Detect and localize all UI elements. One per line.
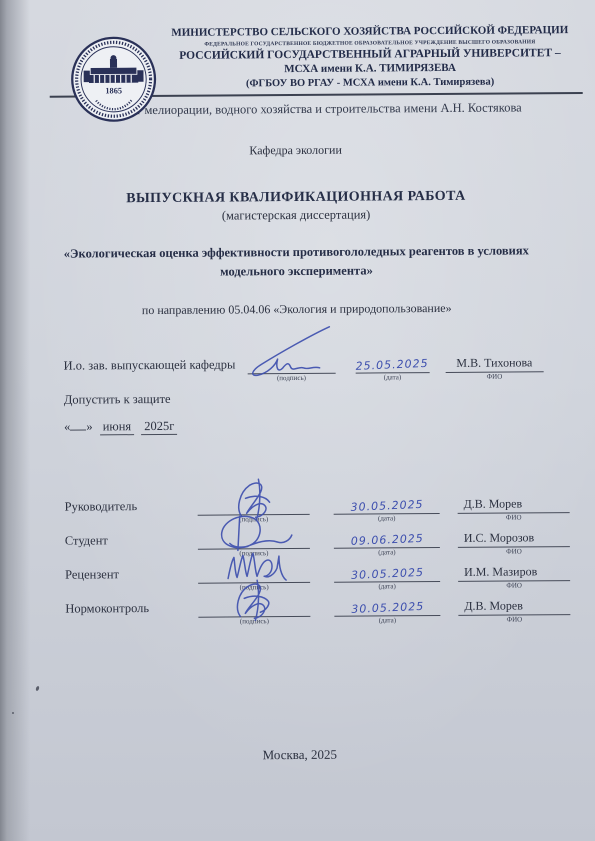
signer-role-label: Руководитель: [65, 498, 198, 524]
signer-role-label: Студент: [65, 532, 198, 558]
handwritten-date: 30.05.2025: [350, 565, 424, 582]
signer-row-reviewer: Рецензент (подпись) 30.05.2025 (дата): [65, 563, 595, 592]
signer-signature-field: (подпись): [198, 531, 310, 557]
approval-row: И.о. зав. выпускающей кафедры (подпись) …: [64, 354, 595, 383]
university-header-text: МИНИСТЕРСТВО СЕЛЬСКОГО ХОЗЯЙСТВА РОССИЙС…: [159, 24, 580, 90]
ministry-line: МИНИСТЕРСТВО СЕЛЬСКОГО ХОЗЯЙСТВА РОССИЙС…: [159, 24, 580, 41]
signer-role-label: Нормоконтроль: [65, 600, 198, 626]
signer-name-field: И.С. Морозов ФИО: [458, 530, 570, 556]
document-page: 1865 МИНИСТЕРСТВО СЕЛЬСКОГО ХОЗЯЙСТВА РО…: [0, 0, 595, 841]
signature-line: [198, 565, 310, 583]
signer-name: И.С. Морозов: [464, 530, 535, 546]
date-caption: (дата): [334, 583, 440, 591]
name-caption: ФИО: [458, 582, 570, 590]
thesis-title: «Экологическая оценка эффективности прот…: [52, 241, 540, 283]
name-caption: ФИО: [458, 548, 570, 556]
signer-signature-field: (подпись): [198, 599, 310, 625]
city-year-line: Москва, 2025: [2, 744, 595, 764]
signer-role-label: Рецензент: [65, 566, 198, 592]
name-line: Д.В. Морев: [458, 496, 570, 514]
name-line: И.С. Морозов: [458, 530, 570, 548]
defense-year: 2025г: [141, 418, 177, 434]
signature-caption: (подпись): [198, 515, 310, 523]
approval-signature-field: (подпись): [247, 356, 335, 382]
signature-ink: [241, 324, 341, 381]
signature-caption: (подпись): [198, 583, 310, 591]
name-line: Д.В. Морев: [458, 598, 570, 616]
study-direction: по направлению 05.04.06 «Экология и прир…: [0, 299, 594, 318]
signer-date-field: 30.05.2025 (дата): [334, 497, 440, 523]
approval-name-field: М.В. Тихонова ФИО: [445, 355, 543, 381]
signer-signature-field: (подпись): [198, 565, 310, 591]
title-page-content: 1865 МИНИСТЕРСТВО СЕЛЬСКОГО ХОЗЯЙСТВА РО…: [0, 0, 595, 841]
work-subtype: (магистерская диссертация): [0, 206, 594, 225]
signature-caption: (подпись): [247, 374, 335, 382]
signer-name-field: И.М. Мазиров ФИО: [458, 564, 570, 590]
signer-date-field: 30.05.2025 (дата): [334, 599, 440, 625]
handwritten-date: 30.05.2025: [350, 497, 424, 514]
signer-signature-field: (подпись): [198, 497, 310, 523]
handwritten-date: 30.05.2025: [351, 599, 425, 616]
approval-date-field: 25.05.2025 (дата): [355, 356, 429, 382]
university-name-line2: МСХА имени К.А. ТИМИРЯЗЕВА: [160, 61, 581, 76]
date-caption: (дата): [334, 515, 440, 523]
signer-date-field: 09.06.2025 (дата): [334, 531, 440, 557]
signer-name-field: Д.В. Морев ФИО: [458, 598, 570, 624]
signature-line: [198, 497, 310, 515]
name-caption: ФИО: [445, 373, 543, 381]
day-blank-line: [70, 417, 86, 430]
signature-ink: [203, 471, 303, 520]
date-line: 30.05.2025: [334, 497, 440, 515]
date-caption: (дата): [334, 617, 440, 625]
name-line: И.М. Мазиров: [458, 564, 570, 582]
signature-caption: (подпись): [198, 617, 310, 625]
university-header: 1865 МИНИСТЕРСТВО СЕЛЬСКОГО ХОЗЯЙСТВА РО…: [55, 24, 580, 90]
name-line: М.В. Тихонова: [445, 355, 543, 373]
approval-block: И.о. зав. выпускающей кафедры (подпись) …: [64, 354, 595, 435]
signer-name: Д.В. Морев: [464, 496, 523, 512]
signers-block: Руководитель (подпись) 30.05.2025 (дата): [65, 495, 595, 626]
quote-close: »: [86, 419, 92, 433]
paper-speck: [12, 712, 14, 714]
admit-to-defense-line: Допустить к защите: [64, 388, 595, 407]
signer-name: Д.В. Морев: [464, 598, 523, 614]
handwritten-date: 25.05.2025: [356, 356, 430, 373]
signature-caption: (подпись): [198, 549, 310, 557]
signature-line: [247, 356, 335, 374]
date-line: 30.05.2025: [334, 599, 440, 617]
signer-row-student: Студент (подпись) 09.06.2025 (дата): [65, 529, 595, 558]
name-caption: ФИО: [458, 514, 570, 522]
date-line: 09.06.2025: [334, 531, 440, 549]
approval-role-label: И.о. зав. выпускающей кафедры: [64, 357, 236, 383]
date-line: 25.05.2025: [355, 356, 429, 374]
name-caption: ФИО: [458, 616, 570, 624]
work-type-title: ВЫПУСКНАЯ КВАЛИФИКАЦИОННАЯ РАБОТА: [0, 188, 593, 208]
department-line: Кафедра экологии: [0, 141, 593, 160]
seal-year-label: 1865: [105, 86, 122, 95]
signer-date-field: 30.05.2025 (дата): [334, 565, 440, 591]
defense-month: июня: [100, 419, 135, 435]
date-line: 30.05.2025: [334, 565, 440, 583]
university-abbreviation: (ФГБОУ ВО РГАУ - МСХА имени К.А. Тимиряз…: [160, 76, 581, 90]
handwritten-date: 09.06.2025: [350, 531, 424, 548]
university-seal-icon: 1865: [69, 35, 158, 124]
signature-line: [198, 531, 310, 549]
signer-name: И.М. Мазиров: [464, 564, 537, 581]
signature-line: [198, 599, 310, 617]
university-name-line1: РОССИЙСКИЙ ГОСУДАРСТВЕННЫЙ АГРАРНЫЙ УНИВ…: [159, 47, 580, 62]
defense-date-line: «» июня 2025г: [64, 413, 595, 435]
signer-name-field: Д.В. Морев ФИО: [458, 496, 570, 522]
signer-row-supervisor: Руководитель (подпись) 30.05.2025 (дата): [65, 495, 595, 524]
approver-name: М.В. Тихонова: [456, 355, 532, 372]
signer-row-normcontrol: Нормоконтроль (подпись) 30.05.2025 (дата…: [65, 597, 595, 626]
date-caption: (дата): [334, 549, 440, 557]
date-caption: (дата): [355, 374, 429, 382]
